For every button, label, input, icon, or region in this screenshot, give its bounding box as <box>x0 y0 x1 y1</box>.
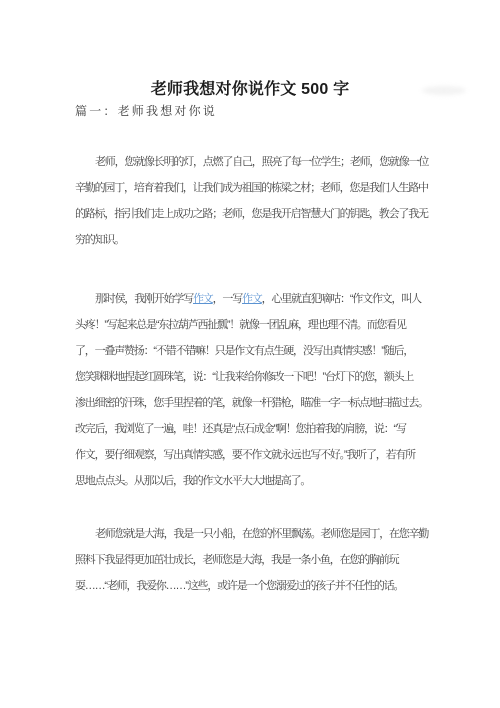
text-line: 的路标，指引我们走上成功之路；老师，您是我开启智慧大门的钥匙，教会了我无 <box>75 201 428 227</box>
text-line: 老师，您就像长明的灯，点燃了自己，照亮了每一位学生；老师，您就像一位 <box>75 149 428 175</box>
zuowen-link[interactable]: 作文 <box>242 293 262 305</box>
text-line: 那时侯，我刚开始学写作文，一写作文，心里就直犯嘀咕：“作文作文，叫人 <box>75 286 428 312</box>
text-segment: 那时侯，我刚开始学写 <box>95 293 193 305</box>
page-title: 老师我想对你说作文 500 字 <box>0 80 500 100</box>
zuowen-link[interactable]: 作文 <box>193 293 213 305</box>
text-line: 您笑眯眯地捏起红圆珠笔，说：“让我来给你修改一下吧！”台灯下的您，额头上 <box>75 364 428 390</box>
text-segment: ，心里就直犯嘀咕：“作文作文，叫人 <box>262 293 421 305</box>
text-line: 耍……“老师，我爱你……”这些，或许是一个您溺爱过的孩子并不任性的话。 <box>75 573 428 599</box>
text-line: 照料下我显得更加茁壮成长，老师您是大海，我是一条小鱼，在您的胸前玩 <box>75 547 428 573</box>
text-line: 头疼！”写起来总是“东拉葫芦西扯瓢”！就像一团乱麻，理也理不清。而您看见 <box>75 312 428 338</box>
text-line: 了，一叠声赞扬：“不错不错嘛！只是作文有点生硬，没写出真情实感！”随后， <box>75 338 428 364</box>
text-line: 老师您就是大海，我是一只小船，在您的怀里飘荡。老师您是园丁，在您辛勤 <box>75 521 428 547</box>
text-line: 作文，要仔细观察，写出真情实感，要不作文就永远也写不好。”我听了，若有所 <box>75 442 428 468</box>
section-heading: 篇一：老师我想对你说 <box>75 103 217 119</box>
text-line: 思地点点头。从那以后，我的作文水平大大地提高了。 <box>75 468 428 494</box>
text-line: 渗出细密的汗珠，您手里捏着的笔，就像一杆猎枪，瞄准一字一标点地扫描过去。 <box>75 390 428 416</box>
document-page: 老师我想对你说作文 500 字 篇一：老师我想对你说 老师，您就像长明的灯，点燃… <box>0 0 500 708</box>
text-segment: ，一写 <box>213 293 242 305</box>
paragraph-3: 老师您就是大海，我是一只小船，在您的怀里飘荡。老师您是园丁，在您辛勤 照料下我显… <box>75 521 428 599</box>
text-line: 穷的知识。 <box>75 227 428 253</box>
text-line: 辛勤的园丁，培育着我们，让我们成为祖国的栋梁之材；老师，您是我们人生路中 <box>75 175 428 201</box>
paragraph-2: 那时侯，我刚开始学写作文，一写作文，心里就直犯嘀咕：“作文作文，叫人 头疼！”写… <box>75 286 428 494</box>
text-line: 改完后，我浏览了一遍，哇！还真是“点石成金”啊！您拍着我的肩膀，说：“写 <box>75 416 428 442</box>
paragraph-1: 老师，您就像长明的灯，点燃了自己，照亮了每一位学生；老师，您就像一位 辛勤的园丁… <box>75 149 428 253</box>
